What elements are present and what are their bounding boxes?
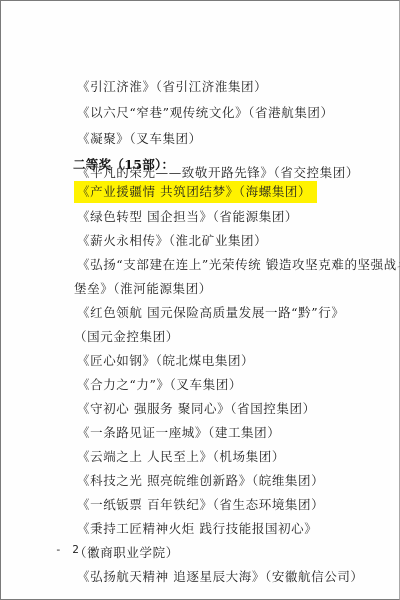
award-entry-continuation: 堡垒》（淮河能源集团） bbox=[74, 281, 212, 297]
award-entry: 《平凡的荣光——致敬开路先锋》（省交控集团） bbox=[77, 165, 359, 181]
award-entry: 《秉持工匠精神火炬 践行技能报国初心》 bbox=[77, 521, 317, 537]
award-entry: 《绿色转型 国企担当》（省能源集团） bbox=[77, 209, 298, 225]
award-entry: 《一纸钣票 百年铁纪》（省生态环境集团） bbox=[77, 497, 324, 513]
document-page: 《引江济淮》（省引江济淮集团） 《以六尺“窄巷”观传统文化》（省港航集团） 《凝… bbox=[0, 0, 400, 600]
award-entry: 《凝聚》（叉车集团） bbox=[77, 131, 202, 147]
award-entry: 《云端之上 人民至上》（机场集团） bbox=[77, 449, 285, 465]
award-entry: 《匠心如钢》（皖北煤电集团） bbox=[77, 353, 254, 369]
award-entry: 《守初心 强服务 聚同心》（省国控集团） bbox=[77, 401, 316, 417]
award-entry: 《红色领航 国元保险高质量发展一路“黔”行》 bbox=[77, 305, 344, 321]
award-entry-continuation: （国元金控集团） bbox=[74, 329, 179, 345]
page-number: - 2 - bbox=[55, 543, 98, 556]
award-entry: 《以六尺“窄巷”观传统文化》（省港航集团） bbox=[77, 105, 334, 121]
award-entry: 《科技之光 照亮皖维创新路》（皖维集团） bbox=[77, 473, 324, 489]
award-entry: 《薪火永相传》（淮北矿业集团） bbox=[77, 233, 267, 249]
award-entry: 《引江济淮》（省引江济淮集团） bbox=[77, 79, 267, 95]
award-entry: 《弘扬“支部建在连上”光荣传统 锻造攻坚克难的坚强战斗 bbox=[77, 257, 400, 273]
award-entry: 《合力之“力”》（叉车集团） bbox=[77, 377, 242, 393]
award-entry: 《弘扬航天精神 追逐星辰大海》（安徽航信公司） bbox=[77, 569, 364, 585]
highlighted-award-entry: 《产业援疆情 共筑团结梦》（海螺集团） bbox=[74, 181, 317, 203]
award-entry: 《一条路见证一座城》（建工集团） bbox=[77, 425, 280, 441]
